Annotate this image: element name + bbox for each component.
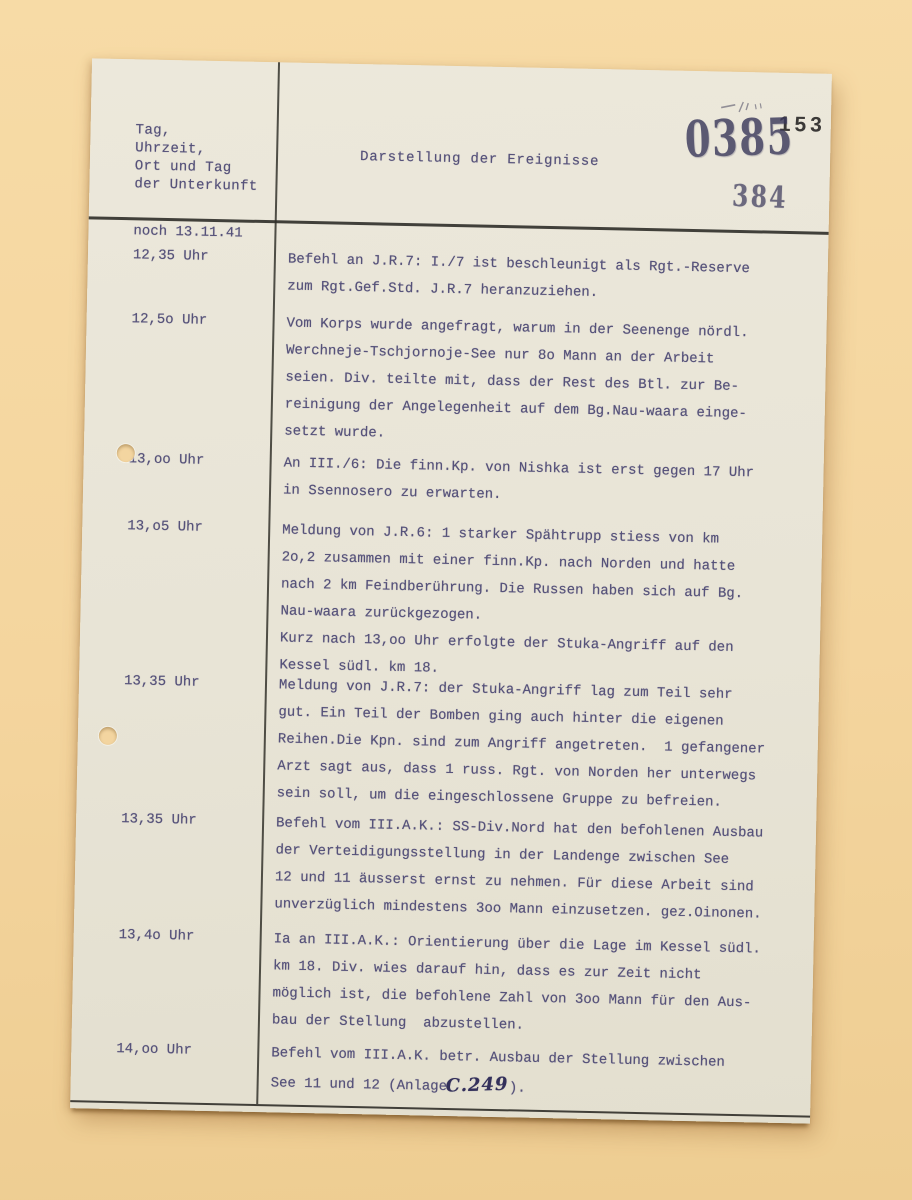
- entry-text: Meldung von J.R.7: der Stuka-Angriff lag…: [276, 672, 804, 818]
- diary-entry-row: 14,oo Uhr Befehl vom III.A.K. betr. Ausb…: [115, 1037, 796, 1108]
- pencil-marks-icon: [719, 100, 765, 119]
- entry-text-suffix: ).: [509, 1080, 526, 1096]
- diary-entry-row: 13,o5 Uhr Meldung von J.R.6: 1 starker S…: [124, 514, 807, 690]
- diary-entry-row: 13,oo Uhr An III./6: Die finn.Kp. von Ni…: [128, 447, 809, 515]
- handwritten-annex-number: C.249: [446, 1071, 510, 1100]
- entry-text: Befehl an J.R.7: I./7 ist beschleunigt a…: [287, 223, 814, 312]
- entry-text: An III./6: Die finn.Kp. von Nishka ist e…: [283, 450, 809, 515]
- diary-entry-row: 12,5o Uhr Vom Korps wurde angefragt, war…: [129, 307, 812, 456]
- entry-time: 13,o5 Uhr: [127, 514, 277, 541]
- document-page: Tag, Uhrzeit, Ort und Tag der Unterkunft…: [70, 58, 832, 1123]
- archive-stamp-small: 384: [731, 182, 788, 214]
- entry-text: Ia an III.A.K.: Orientierung über die La…: [272, 926, 799, 1045]
- diary-entry-row: noch 13.11.41 12,35 Uhr Befehl an J.R.7:…: [132, 219, 813, 311]
- diary-entry-row: 13,35 Uhr Meldung von J.R.7: der Stuka-A…: [121, 669, 804, 818]
- entry-time: 13,oo Uhr: [128, 447, 278, 474]
- punch-hole-bottom: [99, 727, 117, 745]
- archive-stamp-large: 0385: [684, 111, 794, 164]
- left-column-header: Tag, Uhrzeit, Ort und Tag der Unterkunft: [134, 121, 259, 196]
- diary-entry-row: 13,4o Uhr Ia an III.A.K.: Orientierung ü…: [117, 923, 799, 1045]
- entry-text: Vom Korps wurde angefragt, warum in der …: [284, 311, 812, 457]
- entry-time: 13,35 Uhr: [124, 669, 274, 696]
- scan-background: Tag, Uhrzeit, Ort und Tag der Unterkunft…: [0, 0, 912, 1200]
- entry-time: 12,5o Uhr: [131, 307, 281, 334]
- diary-entry-row: 13,35 Uhr Befehl vom III.A.K.: SS-Div.No…: [119, 807, 801, 929]
- entry-time: 13,4o Uhr: [118, 923, 268, 950]
- events-column-header: Darstellung der Ereignisse: [360, 149, 600, 170]
- entry-text: Meldung von J.R.6: 1 starker Spähtrupp s…: [279, 517, 807, 690]
- entry-text: Befehl vom III.A.K.: SS-Div.Nord hat den…: [274, 810, 801, 929]
- entry-time: noch 13.11.41 12,35 Uhr: [133, 219, 284, 270]
- entry-text: Befehl vom III.A.K. betr. Ausbau der Ste…: [270, 1040, 796, 1108]
- entry-time: 14,oo Uhr: [116, 1037, 266, 1064]
- entry-time: 13,35 Uhr: [121, 807, 271, 834]
